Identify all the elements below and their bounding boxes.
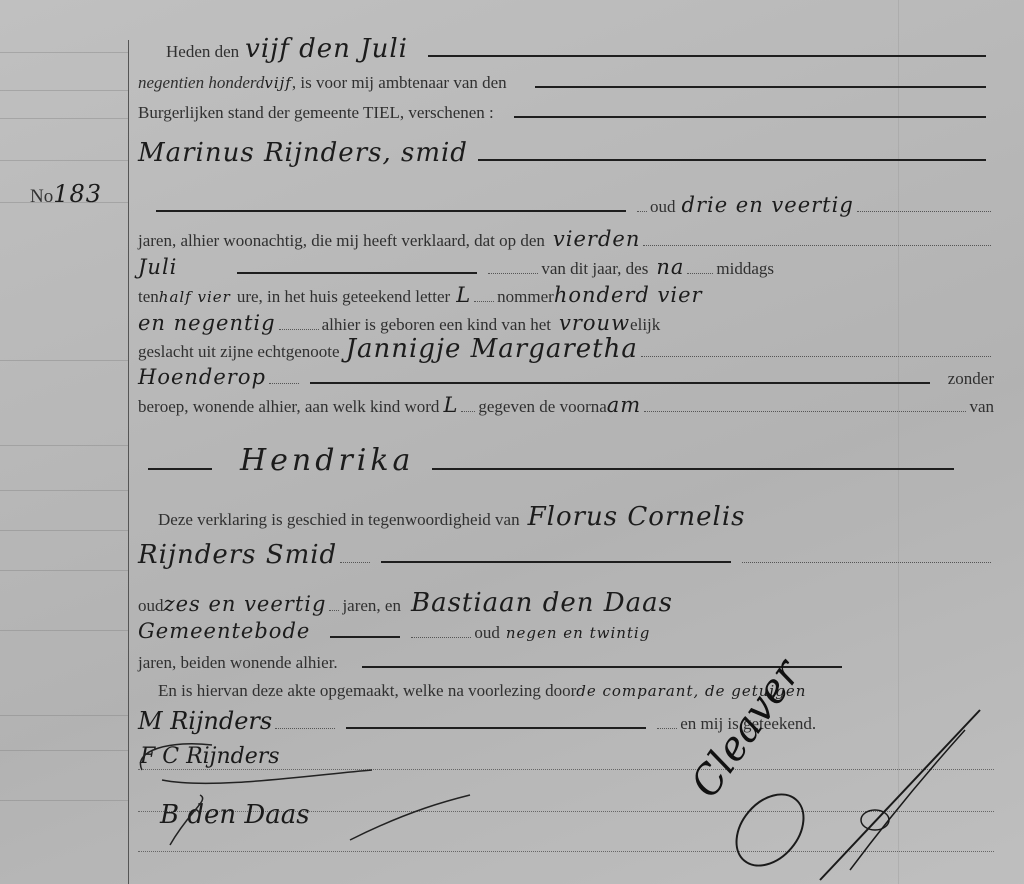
printed-text: oud — [138, 593, 164, 619]
printed-text: jaren, en — [342, 593, 401, 619]
dotted-line — [687, 259, 713, 274]
registrar-flourish-icon — [700, 700, 1000, 884]
dotted-line — [644, 397, 966, 412]
fill-line — [237, 260, 477, 274]
dotted-line — [742, 548, 991, 563]
printed-text: middags — [716, 256, 774, 282]
margin-rule — [0, 715, 128, 716]
handwritten-mother-name: Jannigje Margaretha — [346, 336, 638, 362]
line-8: ten half vier ure, in het huis geteekend… — [138, 282, 994, 308]
line-17: Gemeentebode oud negen en twintig — [138, 618, 994, 644]
line-1: Heden den vijf den Juli — [138, 36, 994, 62]
margin-rule — [0, 570, 128, 571]
line-18: jaren, beiden wonende alhier. — [138, 650, 994, 676]
margin-rule — [0, 490, 128, 491]
dotted-line — [411, 623, 471, 638]
margin-rule — [0, 800, 128, 801]
dotted-line — [857, 197, 991, 212]
fill-line — [432, 456, 954, 470]
printed-text: nommer — [497, 284, 554, 310]
dotted-line — [275, 714, 335, 729]
handwritten-witness-2-name: Bastiaan den Daas — [411, 590, 673, 616]
handwritten-witness-1-name: Florus Cornelis — [528, 504, 746, 530]
fill-line — [535, 74, 986, 88]
dotted-line — [340, 548, 370, 563]
margin-divider — [128, 40, 129, 884]
printed-text: van — [969, 394, 994, 420]
line-3: Burgerlijken stand der gemeente TIEL, ve… — [138, 100, 994, 126]
handwritten-month: Juli — [138, 254, 177, 280]
fill-line — [381, 549, 731, 563]
margin-rule — [0, 445, 128, 446]
dotted-line — [641, 342, 991, 357]
printed-text: zonder — [948, 366, 994, 392]
handwritten-age: drie en veertig — [682, 192, 854, 218]
handwritten-letter: L — [443, 392, 458, 418]
handwritten-witness-2-age: negen en twintig — [506, 620, 651, 646]
handwritten-house-number: honderd vier — [554, 282, 703, 308]
fill-line — [330, 624, 400, 638]
dotted-line — [474, 287, 494, 302]
line-7: Juli van dit jaar, des na middags — [138, 254, 994, 280]
printed-text: oud — [474, 620, 500, 646]
line-15: Rijnders Smid — [138, 542, 994, 568]
handwritten-letter: L — [456, 282, 471, 308]
printed-text: Heden den — [166, 39, 239, 65]
printed-text: jaren, beiden wonende alhier. — [138, 650, 338, 676]
printed-text: van dit jaar, des — [541, 256, 648, 282]
dotted-line — [279, 315, 319, 330]
dotted-line — [488, 259, 538, 274]
line-11: Hoenderop zonder — [138, 364, 994, 390]
handwritten-witness-2-occupation: Gemeentebode — [138, 618, 310, 644]
margin-rule — [0, 630, 128, 631]
line-5: oud drie en veertig — [138, 192, 994, 218]
handwritten-sex: vrouw — [559, 310, 630, 336]
printed-text: , is voor mij ambtenaar van den — [292, 70, 507, 96]
handwritten-year: vijf — [264, 70, 291, 96]
line-13: Hendrika — [138, 448, 994, 482]
handwritten-am: am — [607, 392, 641, 418]
handwritten-hour: half vier — [159, 284, 231, 310]
fill-line — [310, 370, 930, 384]
line-4: Marinus Rijnders, smid — [138, 140, 994, 174]
handwritten-date: vijf den Juli — [245, 36, 408, 62]
dotted-line — [269, 369, 299, 384]
handwritten-day: vierden — [553, 226, 640, 252]
dotted-line — [643, 231, 991, 246]
dotted-line — [637, 197, 647, 212]
printed-text: negentien honderd — [138, 70, 264, 96]
printed-text: beroep, wonende alhier, aan welk kind wo… — [138, 394, 439, 420]
printed-text: ten — [138, 284, 159, 310]
signature-flourish-icon — [150, 790, 480, 850]
printed-text: En is hiervan deze akte opgemaakt, welke… — [158, 678, 576, 704]
handwritten-mother-surname: Hoenderop — [138, 364, 266, 390]
margin-rule — [0, 52, 128, 53]
line-12: beroep, wonende alhier, aan welk kind wo… — [138, 392, 994, 418]
register-number-value: 183 — [53, 180, 102, 208]
handwritten-child-name: Hendrika — [240, 448, 414, 474]
printed-text: geslacht uit zijne echtgenoote — [138, 339, 340, 365]
handwritten-house-number-cont: en negentig — [138, 310, 276, 336]
line-14: Deze verklaring is geschied in tegenwoor… — [138, 504, 994, 530]
printed-text: oud — [650, 194, 676, 220]
line-9: en negentig alhier is geboren een kind v… — [138, 310, 994, 336]
printed-text: jaren, alhier woonachtig, die mij heeft … — [138, 228, 545, 254]
line-10: geslacht uit zijne echtgenoote Jannigje … — [138, 336, 994, 362]
handwritten-declarant-name: Marinus Rijnders, smid — [138, 140, 468, 166]
printed-text: ure, in het huis geteekend letter — [237, 284, 450, 310]
handwritten-witness-1-age: zes en veertig — [164, 591, 327, 617]
printed-text: Burgerlijken stand der gemeente TIEL, ve… — [138, 100, 494, 126]
fill-line — [156, 198, 626, 212]
fill-line — [346, 715, 646, 729]
handwritten-na: na — [656, 254, 684, 280]
printed-text: Deze verklaring is geschied in tegenwoor… — [158, 507, 520, 533]
dotted-line — [329, 596, 339, 611]
fill-line — [514, 104, 986, 118]
line-2: negentien honderd vijf , is voor mij amb… — [138, 70, 994, 96]
line-6: jaren, alhier woonachtig, die mij heeft … — [138, 226, 994, 252]
margin-rule — [0, 530, 128, 531]
line-16: oud zes en veertig jaren, en Bastiaan de… — [138, 590, 994, 616]
margin-rule — [0, 90, 128, 91]
dotted-line — [657, 714, 677, 729]
register-number-label: No — [30, 186, 53, 207]
register-number: No183 — [30, 180, 102, 208]
printed-text: gegeven de voorna — [478, 394, 606, 420]
signature-flourish-icon — [132, 730, 412, 790]
fill-line — [428, 43, 986, 57]
handwritten-witness-1-surname: Rijnders Smid — [138, 542, 337, 568]
fill-line — [148, 456, 212, 470]
margin-rule — [0, 750, 128, 751]
margin-rule — [0, 160, 128, 161]
fill-line — [478, 147, 986, 161]
margin-rule — [0, 118, 128, 119]
margin-rule — [0, 360, 128, 361]
dotted-line — [461, 397, 475, 412]
